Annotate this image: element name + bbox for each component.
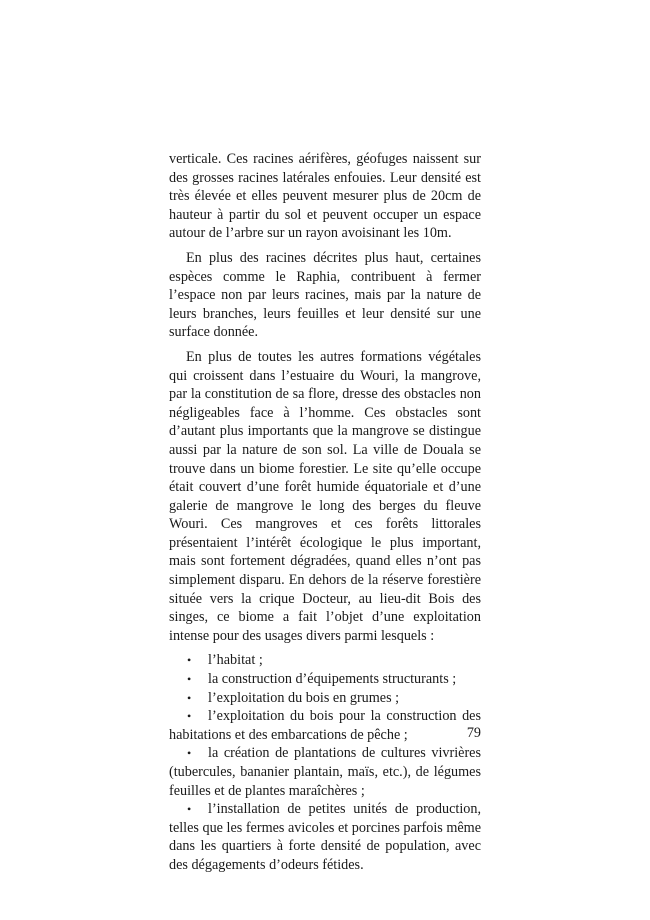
- paragraph-continued: verticale. Ces racines aérifères, géofug…: [169, 150, 481, 243]
- bullet-icon: •: [187, 670, 191, 689]
- paragraph-mangrove: En plus de toutes les autres formations …: [169, 348, 481, 646]
- list-item-text: la construction d’équipements structuran…: [208, 671, 456, 687]
- list-item-text: la création de plantations de cultures v…: [169, 745, 481, 798]
- list-item-text: l’habitat ;: [208, 652, 263, 668]
- list-item: •l’exploitation du bois en grumes ;: [169, 689, 481, 708]
- list-item-text: l’exploitation du bois en grumes ;: [208, 690, 399, 706]
- page-body: verticale. Ces racines aérifères, géofug…: [169, 150, 481, 875]
- list-item-text: l’installation de petites unités de prod…: [169, 801, 481, 873]
- bullet-icon: •: [187, 651, 191, 670]
- list-item: •l’installation de petites unités de pro…: [169, 800, 481, 874]
- paragraph-raphia: En plus des racines décrites plus haut, …: [169, 249, 481, 342]
- bullet-icon: •: [187, 689, 191, 708]
- bullet-icon: •: [187, 744, 191, 763]
- bullet-icon: •: [187, 800, 191, 819]
- list-item: •la création de plantations de cultures …: [169, 744, 481, 800]
- page-number: 79: [169, 724, 481, 743]
- list-item: •l’habitat ;: [169, 651, 481, 670]
- usage-list: •l’habitat ; •la construction d’équipeme…: [169, 651, 481, 874]
- list-item: •la construction d’équipements structura…: [169, 670, 481, 689]
